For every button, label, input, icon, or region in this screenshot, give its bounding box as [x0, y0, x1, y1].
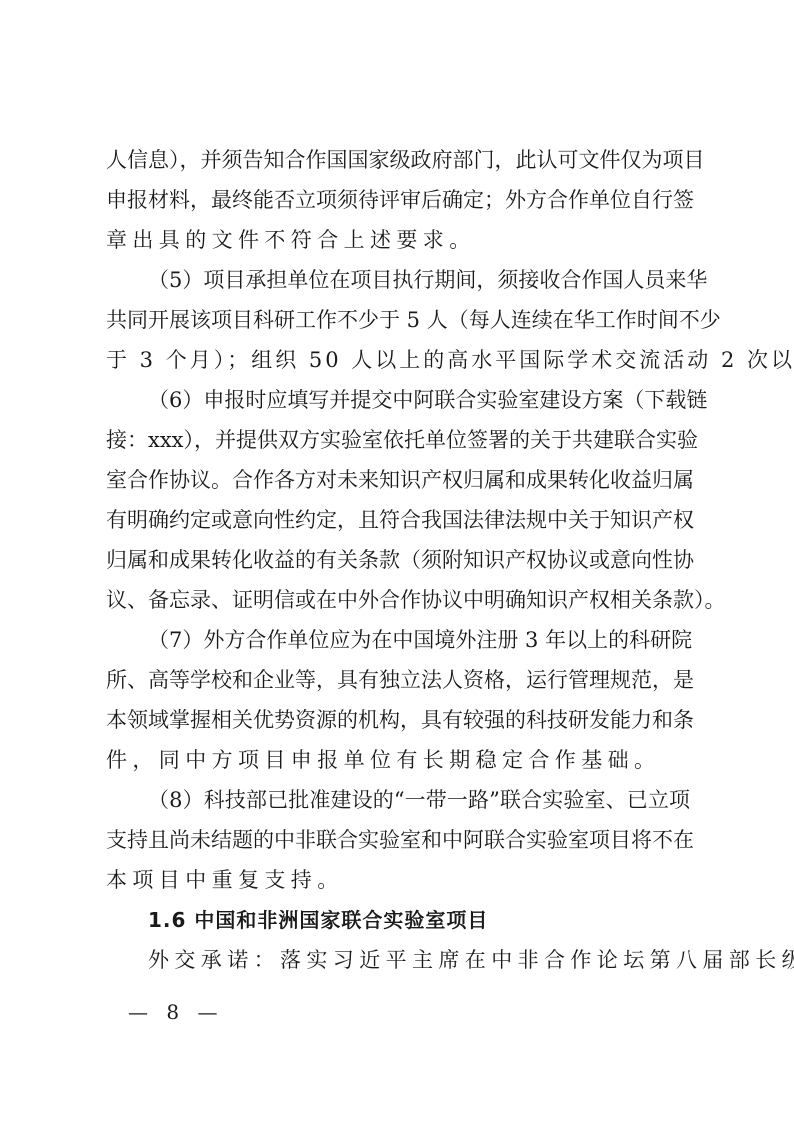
paragraph-item-5: （5）项目承担单位在项目执行期间，须接收合作国人员来华 共同开展该项目科研工作不… — [106, 260, 690, 380]
section-heading: 1.6 中国和非洲国家联合实验室项目 — [106, 900, 690, 940]
paragraph-item-6: （6）申报时应填写并提交中阿联合实验室建设方案（下载链 接：xxx），并提供双方… — [106, 380, 690, 620]
text-line: 外交承诺：落实习近平主席在中非合作论坛第八届部长级会 — [106, 940, 690, 980]
paragraph-continuation: 人信息），并须告知合作国国家级政府部门，此认可文件仅为项目 申报材料，最终能否立… — [106, 140, 690, 260]
text-line: 有明确约定或意向性约定，且符合我国法律法规中关于知识产权 — [106, 500, 690, 540]
text-line: 接：xxx），并提供双方实验室依托单位签署的关于共建联合实验 — [106, 420, 690, 460]
text-line: 本领域掌握相关优势资源的机构，具有较强的科技研发能力和条 — [106, 700, 690, 740]
text-line: （7）外方合作单位应为在中国境外注册 3 年以上的科研院 — [106, 620, 690, 660]
text-line: 于 3 个月）；组织 50 人以上的高水平国际学术交流活动 2 次以上。 — [106, 340, 690, 380]
text-line: 支持且尚未结题的中非联合实验室和中阿联合实验室项目将不在 — [106, 820, 690, 860]
text-line: 议、备忘录、证明信或在中外合作协议中明确知识产权相关条款）。 — [106, 580, 690, 620]
text-line: 件，同中方项目申报单位有长期稳定合作基础。 — [106, 740, 690, 780]
text-line: 所、高等学校和企业等，具有独立法人资格，运行管理规范，是 — [106, 660, 690, 700]
document-page: 人信息），并须告知合作国国家级政府部门，此认可文件仅为项目 申报材料，最终能否立… — [106, 140, 690, 980]
text-line: 申报材料，最终能否立项须待评审后确定；外方合作单位自行签 — [106, 180, 690, 220]
text-line: （5）项目承担单位在项目执行期间，须接收合作国人员来华 — [106, 260, 690, 300]
text-line: 室合作协议。合作各方对未来知识产权归属和成果转化收益归属 — [106, 460, 690, 500]
text-line: 归属和成果转化收益的有关条款（须附知识产权协议或意向性协 — [106, 540, 690, 580]
page-number: — 8 — — [128, 1000, 223, 1024]
paragraph-item-8: （8）科技部已批准建设的“一带一路”联合实验室、已立项 支持且尚未结题的中非联合… — [106, 780, 690, 900]
paragraph-item-7: （7）外方合作单位应为在中国境外注册 3 年以上的科研院 所、高等学校和企业等，… — [106, 620, 690, 780]
text-line: （6）申报时应填写并提交中阿联合实验室建设方案（下载链 — [106, 380, 690, 420]
text-line: 本项目中重复支持。 — [106, 860, 690, 900]
text-line: 人信息），并须告知合作国国家级政府部门，此认可文件仅为项目 — [106, 140, 690, 180]
text-line: （8）科技部已批准建设的“一带一路”联合实验室、已立项 — [106, 780, 690, 820]
text-line: 共同开展该项目科研工作不少于 5 人（每人连续在华工作时间不少 — [106, 300, 690, 340]
text-line: 章出具的文件不符合上述要求。 — [106, 220, 690, 260]
